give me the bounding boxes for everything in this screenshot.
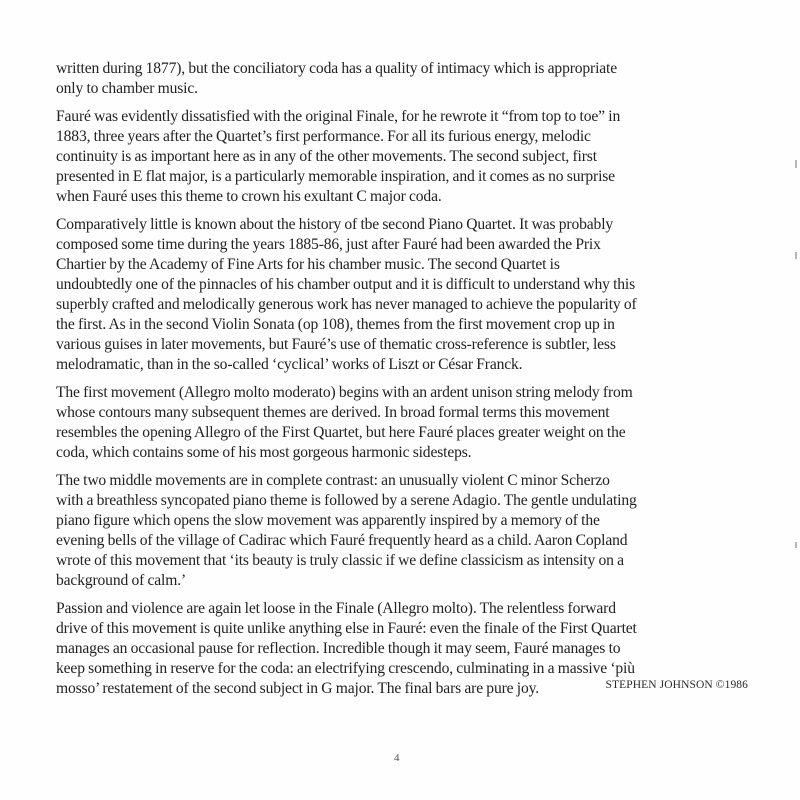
author-signature: STEPHEN JOHNSON ©1986 — [606, 679, 748, 691]
body-text: written during 1877), but the conciliato… — [56, 59, 756, 707]
paragraph-middle-movements: The two middle movements are in complete… — [56, 471, 756, 591]
page-number: 4 — [394, 752, 400, 764]
paragraph-original-finale: Fauré was evidently dissatisfied with th… — [56, 107, 756, 207]
booklet-page: written during 1877), but the conciliato… — [0, 0, 800, 800]
paragraph-second-quartet-history: Comparatively little is known about the … — [56, 215, 756, 375]
paragraph-intimacy-coda: written during 1877), but the conciliato… — [56, 59, 756, 99]
scan-artifact — [795, 160, 797, 168]
scan-artifact — [795, 252, 797, 259]
paragraph-first-movement: The first movement (Allegro molto modera… — [56, 383, 756, 463]
scan-artifact — [795, 542, 797, 548]
